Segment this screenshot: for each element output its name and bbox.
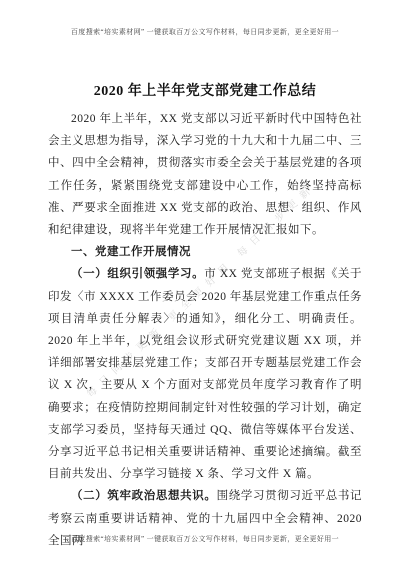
paragraph-text: 2020 年上半年，XX 党支部以习近平新时代中国特色社会主义思想为指导，深入学…	[48, 113, 362, 236]
paragraph-section-1-1: （一）组织引领强学习。市 XX 党支部班子根据《关于印发〈市 XXXX 工作委员…	[48, 263, 362, 485]
paragraph-intro: 2020 年上半年，XX 党支部以习近平新时代中国特色社会主义思想为指导，深入学…	[48, 108, 362, 241]
document-page: 百度搜索“培实素材网” 一键获取百万公文写作材料，每日同步更新，更全更好用一 每…	[0, 0, 410, 580]
footer-note: 百度搜索“培实素材网” 一键获取百万公文写作材料，每日同步更新，更全更好用一	[0, 534, 410, 544]
paragraph-text: 市 XX 党支部班子根据《关于印发〈市 XXXX 工作委员会 2020 年基层党…	[48, 268, 362, 480]
paragraph-lead: （一）组织引领强学习。	[71, 268, 204, 280]
document-title: 2020 年上半年党支部党建工作总结	[48, 80, 362, 100]
header-note: 百度搜索“培实素材网” 一键获取百万公文写作材料，每日同步更新，更全更好用一	[0, 27, 410, 37]
paragraph-lead: （二）筑牢政治思想共识。	[71, 490, 217, 502]
section-heading-1: 一、党建工作开展情况	[48, 241, 362, 263]
document-body: 2020 年上半年党支部党建工作总结 2020 年上半年，XX 党支部以习近平新…	[48, 80, 362, 552]
